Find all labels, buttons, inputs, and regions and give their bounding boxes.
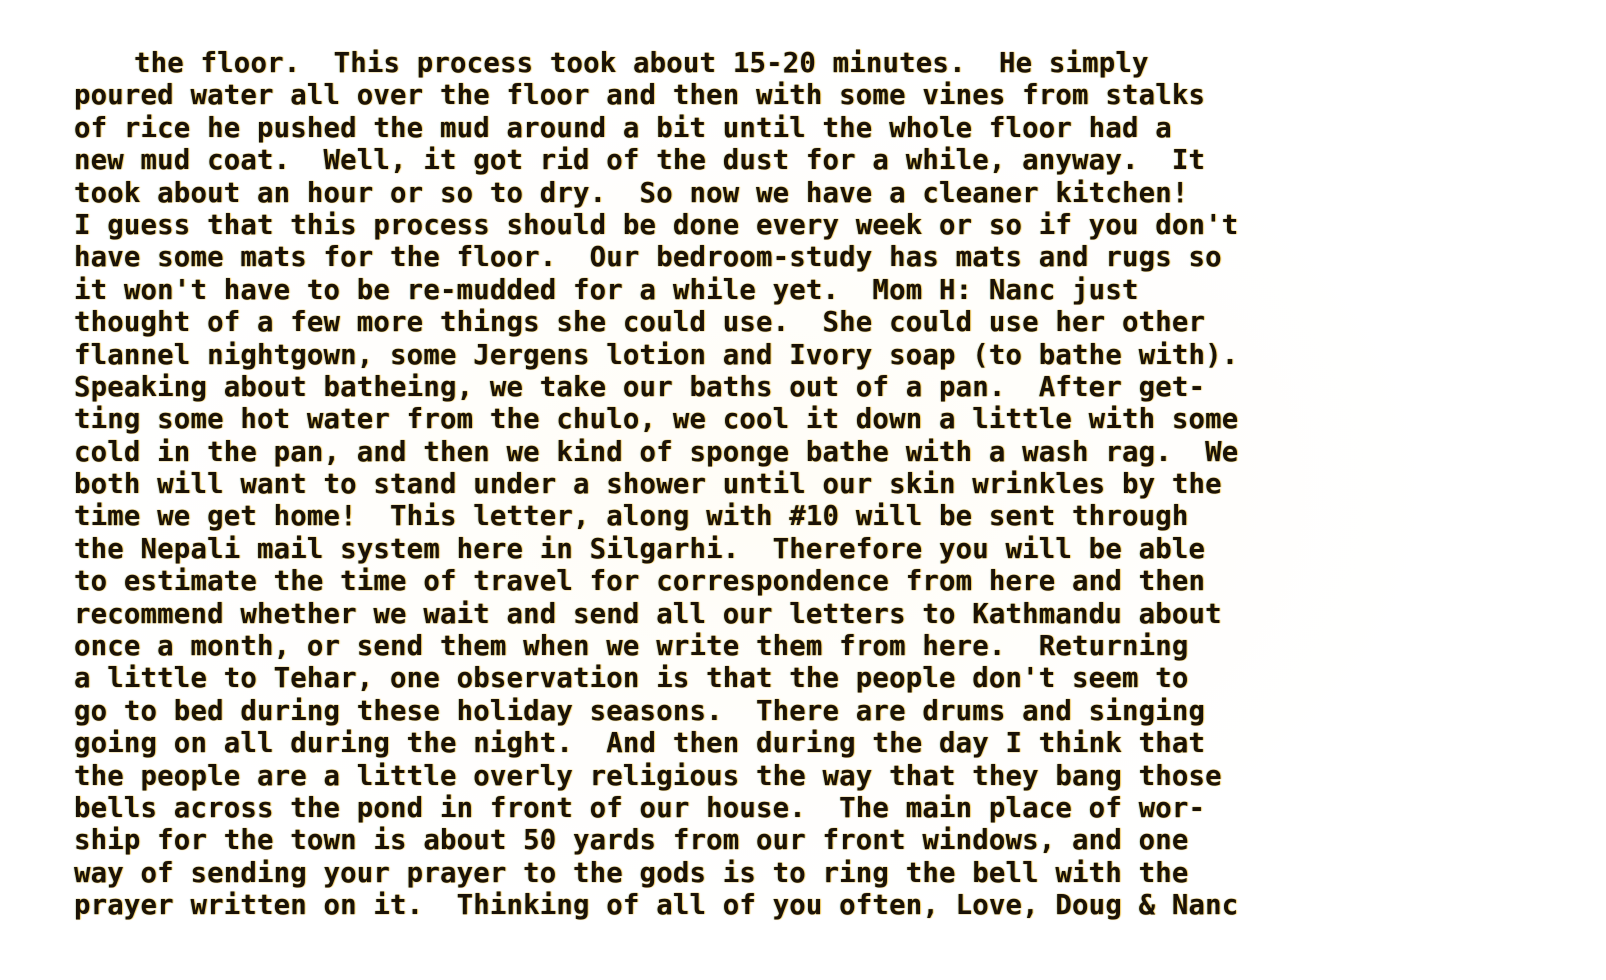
- letter-line: flannel nightgown, some Jergens lotion a…: [74, 340, 1474, 372]
- letter-line: once a month, or send them when we write…: [74, 631, 1474, 663]
- letter-line: the Nepali mail system here in Silgarhi.…: [74, 534, 1474, 566]
- letter-line: poured water all over the floor and then…: [74, 80, 1474, 112]
- letter-line: ting some hot water from the chulo, we c…: [74, 404, 1474, 436]
- letter-line: have some mats for the floor. Our bedroo…: [74, 242, 1474, 274]
- letter-line: the people are a little overly religious…: [74, 761, 1474, 793]
- letter-line: recommend whether we wait and send all o…: [74, 599, 1474, 631]
- letter-line: I guess that this process should be done…: [74, 210, 1474, 242]
- letter-line: bells across the pond in front of our ho…: [74, 793, 1474, 825]
- letter-line: the floor. This process took about 15-20…: [74, 48, 1474, 80]
- letter-line: to estimate the time of travel for corre…: [74, 566, 1474, 598]
- letter-line: go to bed during these holiday seasons. …: [74, 696, 1474, 728]
- letter-page: the floor. This process took about 15-20…: [74, 48, 1474, 923]
- letter-line: way of sending your prayer to the gods i…: [74, 858, 1474, 890]
- letter-line: both will want to stand under a shower u…: [74, 469, 1474, 501]
- letter-line: of rice he pushed the mud around a bit u…: [74, 113, 1474, 145]
- letter-line: time we get home! This letter, along wit…: [74, 501, 1474, 533]
- letter-line: new mud coat. Well, it got rid of the du…: [74, 145, 1474, 177]
- letter-line: going on all during the night. And then …: [74, 728, 1474, 760]
- letter-line: took about an hour or so to dry. So now …: [74, 178, 1474, 210]
- letter-line: Speaking about batheing, we take our bat…: [74, 372, 1474, 404]
- letter-line: it won't have to be re-mudded for a whil…: [74, 275, 1474, 307]
- letter-closing-line: prayer written on it. Thinking of all of…: [74, 890, 1474, 922]
- letter-line: a little to Tehar, one observation is th…: [74, 663, 1474, 695]
- letter-line: cold in the pan, and then we kind of spo…: [74, 437, 1474, 469]
- letter-line: thought of a few more things she could u…: [74, 307, 1474, 339]
- letter-line: ship for the town is about 50 yards from…: [74, 825, 1474, 857]
